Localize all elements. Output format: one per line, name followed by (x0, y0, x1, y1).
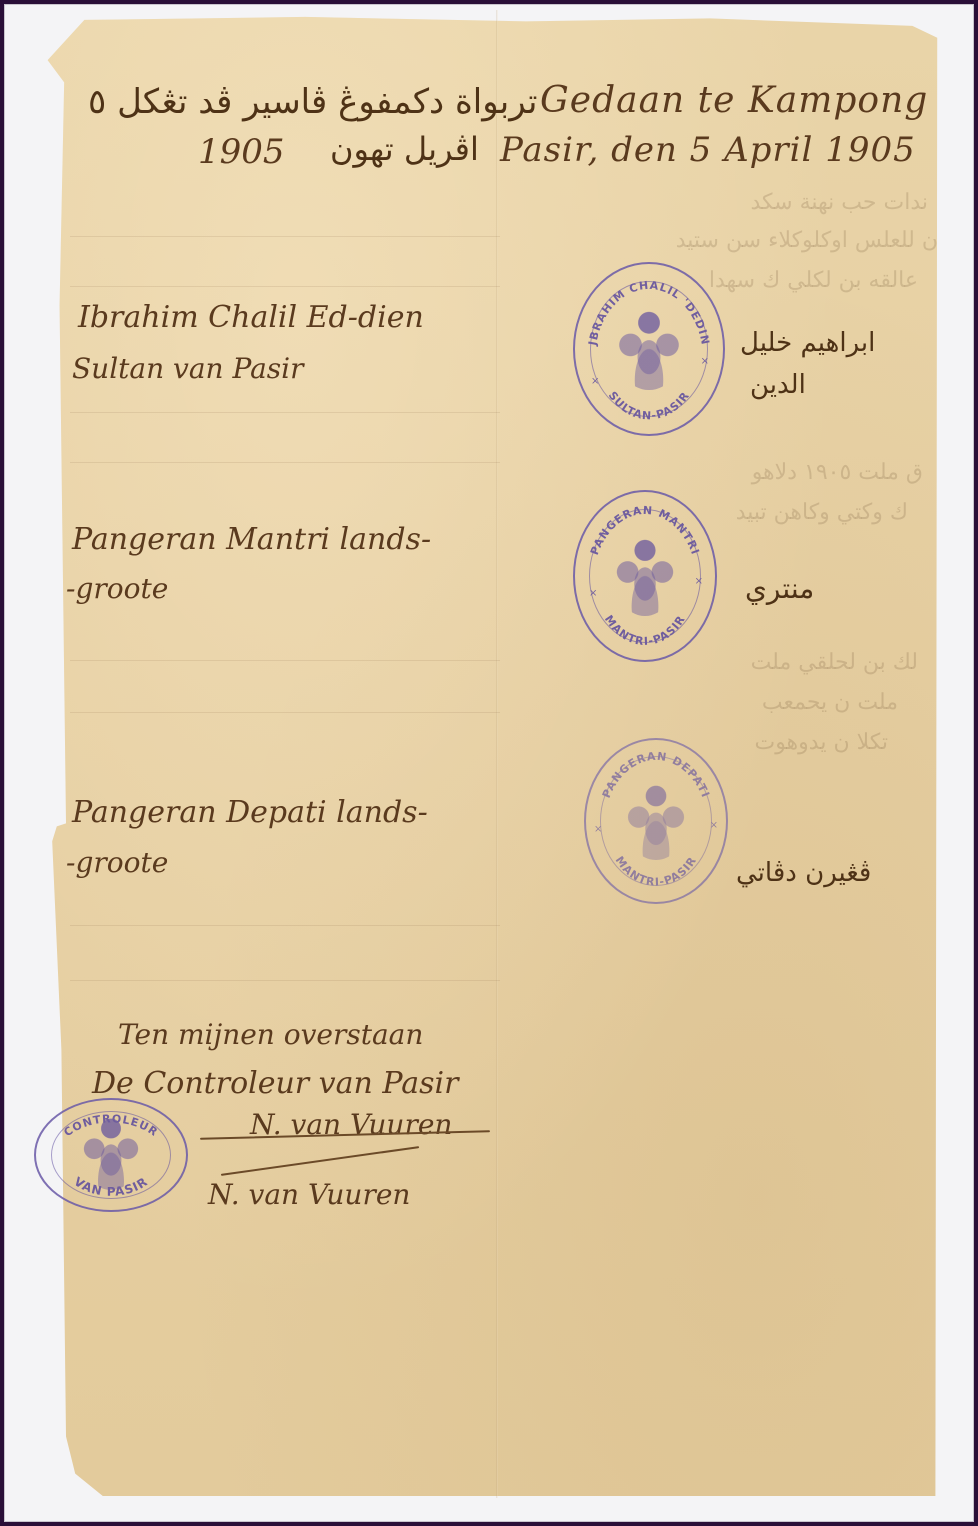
svg-text:JBRAHIM CHALIL 'DEDIN: JBRAHIM CHALIL 'DEDIN (586, 279, 712, 348)
ruled-line (70, 286, 500, 287)
svg-text:VAN PASIR: VAN PASIR (71, 1174, 150, 1198)
star-icon: × (701, 356, 709, 367)
ruled-line (70, 925, 500, 926)
bleed-through-text: ق ملت ١٩٠٥ دلاهو (752, 460, 923, 485)
ruled-line (70, 980, 500, 981)
ruled-line (70, 412, 500, 413)
svg-text:SULTAN-PASIR: SULTAN-PASIR (606, 389, 693, 422)
header-jawi-line2: اڤريل تهون (330, 130, 479, 168)
attestation-line2: De Controleur van Pasir (92, 1066, 458, 1101)
attestation-signature2: N. van Vuuren (208, 1178, 410, 1211)
bleed-through-text: عالقه بن لكلي ك سهدا (709, 268, 918, 293)
ruled-line (70, 660, 500, 661)
ruled-line (70, 462, 500, 463)
seal-lettering: JBRAHIM CHALIL 'DEDIN SULTAN-PASIR (575, 264, 723, 434)
header-place-line2: Pasir, den 5 April 1905 (500, 130, 916, 170)
seal-lettering: CONTROLEUR VAN PASIR (36, 1100, 186, 1210)
svg-text:PANGERAN DEPATI: PANGERAN DEPATI (600, 750, 712, 800)
svg-text:MANTRI-PASIR: MANTRI-PASIR (602, 613, 688, 648)
star-icon: × (695, 576, 703, 587)
ruled-line (70, 236, 500, 237)
star-icon: × (589, 588, 597, 599)
signatory3-name: Pangeran Depati lands- (72, 795, 428, 830)
header-place-line1: Gedaan te Kampong (540, 80, 928, 121)
bleed-through-text: تكلا ن يدوهوت (754, 730, 888, 755)
seal-sultan-pasir: JBRAHIM CHALIL 'DEDIN SULTAN-PASIR × × (573, 262, 725, 436)
header-year: 1905 (198, 132, 285, 172)
signatory3-title: -groote (66, 846, 168, 879)
signatory3-jawi-signature: ڤڠيرن دڤاتي (736, 858, 871, 888)
signatory2-name: Pangeran Mantri lands- (72, 522, 431, 557)
signatory1-jawi-signature-1: ابراهيم خليل (740, 328, 875, 358)
signatory2-title: -groote (66, 572, 168, 605)
svg-text:PANGERAN MANTRI: PANGERAN MANTRI (588, 504, 702, 557)
vertical-fold-line (496, 10, 498, 1498)
seal-controleur-van-pasir: CONTROLEUR VAN PASIR (34, 1098, 188, 1212)
svg-text:MANTRI-PASIR: MANTRI-PASIR (613, 854, 700, 889)
star-icon: × (710, 820, 718, 831)
seal-pangeran-depati: PANGERAN DEPATI MANTRI-PASIR × × (584, 738, 728, 904)
ruled-line (70, 712, 500, 713)
signatory2-jawi-signature: منتري (745, 572, 814, 605)
bleed-through-text: لك بن لحلقي ملت (751, 650, 918, 675)
star-icon: × (594, 824, 602, 835)
star-icon: × (591, 376, 599, 387)
header-jawi-line1: تربواة دكمفوڠ ڤاسير ڤد تڠكل ٥ (88, 82, 537, 122)
seal-pangeran-mantri: PANGERAN MANTRI MANTRI-PASIR × × (573, 490, 717, 662)
bleed-through-text: ملت ن يحمعب (762, 690, 898, 715)
attestation-line1: Ten mijnen overstaan (118, 1018, 423, 1051)
bleed-through-text: ندات حب نهنة سكد (750, 190, 928, 215)
signatory1-jawi-signature-2: الدين (750, 370, 806, 400)
bleed-through-text: ن للعلس اوكلوكلاء سن ستيد (676, 228, 938, 253)
svg-text:CONTROLEUR: CONTROLEUR (61, 1112, 160, 1139)
seal-lettering: PANGERAN DEPATI MANTRI-PASIR (586, 740, 726, 902)
signatory1-name: Ibrahim Chalil Ed-dien (78, 300, 424, 335)
bleed-through-text: ك وكتي وكاهن تبيد (736, 500, 908, 525)
signatory1-title: Sultan van Pasir (72, 352, 303, 385)
